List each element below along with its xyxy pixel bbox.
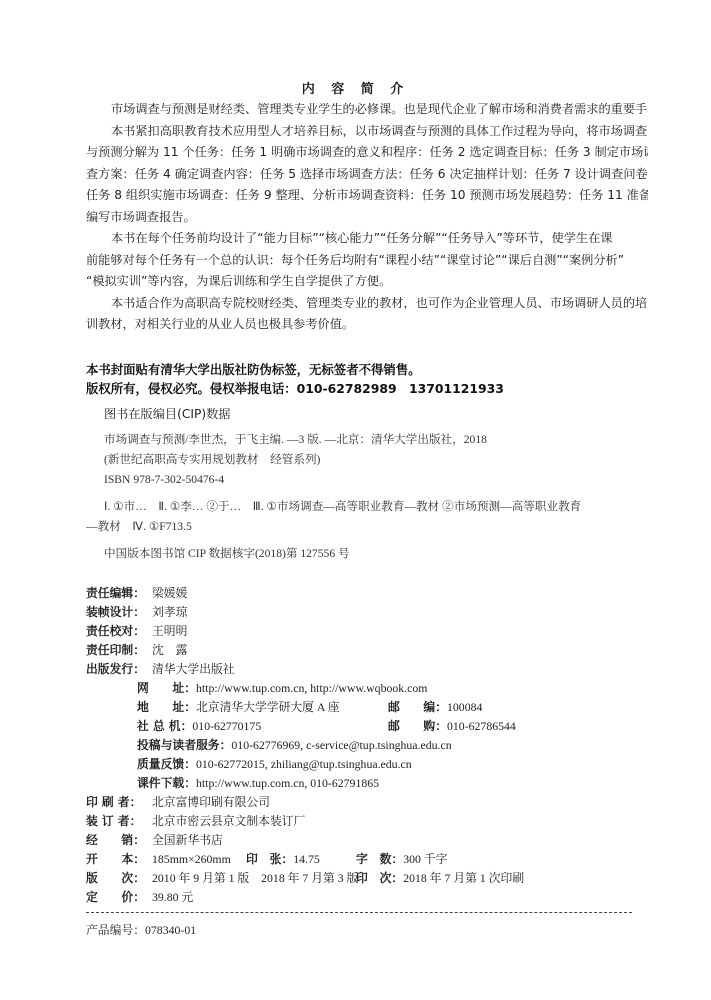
credit-edition: 版 次：2010 年 9 月第 1 版 2018 年 7 月第 3 版 xyxy=(86,869,358,889)
credit-printer: 印 刷 者：北京富博印刷有限公司 xyxy=(86,793,270,813)
publisher-postcode: 邮 编：100084 xyxy=(388,698,482,715)
sub-value: 北京清华大学学研大厦 A 座 xyxy=(196,700,340,714)
publisher-switchboard: 社 总 机：010-62770175 xyxy=(137,717,261,737)
sub-label: 邮 编： xyxy=(388,698,447,715)
credit-label: 定 价： xyxy=(86,888,152,908)
sub-label: 地 址： xyxy=(137,698,196,718)
sub-value: 010-62786544 xyxy=(447,719,516,733)
credit-label: 装帧设计： xyxy=(86,603,152,623)
credit-value: 185mm×260mm xyxy=(152,852,231,866)
product-label: 产品编号： xyxy=(86,923,145,937)
product-number: 产品编号：078340-01 xyxy=(86,921,196,938)
credit-label: 版 次： xyxy=(86,869,152,889)
credit-label: 责任印制： xyxy=(86,641,152,661)
sub-label: 字 数： xyxy=(356,850,403,867)
cip-heading: 图书在版编目(CIP)数据 xyxy=(104,405,230,422)
sub-label: 印 张： xyxy=(246,850,293,867)
credit-value: 北京富博印刷有限公司 xyxy=(152,795,270,809)
credit-label: 责任编辑： xyxy=(86,584,152,604)
publisher-feedback: 质量反馈：010-62772015, zhiliang@tup.tsinghua… xyxy=(137,755,412,775)
cip-library-number: 中国版本图书馆 CIP 数据核字(2018)第 127556 号 xyxy=(104,544,350,564)
summary-line: 本书在每个任务前均设计了“能力目标”“核心能力”“任务分解”“任务导入”等环节，… xyxy=(86,228,648,250)
cip-isbn: ISBN 978-7-302-50476-4 xyxy=(104,470,224,490)
sub-value: 010-62770175 xyxy=(192,719,261,733)
credit-label: 开 本： xyxy=(86,850,152,870)
credit-distributor: 经 销：全国新华书店 xyxy=(86,831,223,851)
credit-publisher: 出版发行：清华大学出版社 xyxy=(86,660,235,680)
summary-line: 训教材，对相关行业的从业人员也极具参考价值。 xyxy=(86,314,648,336)
credit-value: 刘孝琼 xyxy=(152,605,187,619)
credit-value: 全国新华书店 xyxy=(152,833,223,847)
summary-body: 市场调查与预测是财经类、管理类专业学生的必修课。也是现代企业了解市场和消费者需求… xyxy=(86,99,648,336)
summary-line: “模拟实训”等内容，为课后训练和学生自学提供了方便。 xyxy=(86,271,648,293)
credit-word-count: 字 数：300 千字 xyxy=(356,850,447,867)
publisher-address: 地 址：北京清华大学学研大厦 A 座 xyxy=(137,698,340,718)
credit-impression: 印 次：2018 年 7 月第 1 次印刷 xyxy=(356,869,524,886)
summary-line: 与预测分解为 11 个任务：任务 1 明确市场调查的意义和程序：任务 2 选定调… xyxy=(86,142,648,164)
summary-line: 前能够对每个任务有一个总的认识：每个任务后均附有“课程小结”“课堂讨论”“课后自… xyxy=(86,250,648,272)
summary-line: 本书适合作为高职高专院校财经类、管理类专业的教材，也可作为企业管理人员、市场调研… xyxy=(86,293,648,315)
cip-series: (新世纪高职高专实用规划教材 经管系列) xyxy=(104,450,320,470)
credit-print-supervisor: 责任印制：沈 露 xyxy=(86,641,187,661)
website-link[interactable]: http://www.tup.com.cn, http://www.wqbook… xyxy=(196,681,427,695)
credit-value: 清华大学出版社 xyxy=(152,662,235,676)
sub-value: 100084 xyxy=(447,700,482,714)
credit-value: 沈 露 xyxy=(152,643,187,657)
cip-record: 市场调查与预测/李世杰，于飞主编. —3 版. —北京：清华大学出版社，2018 xyxy=(104,430,487,450)
credit-value: 北京市密云县京文制本装订厂 xyxy=(152,814,305,828)
sub-label: 投稿与读者服务： xyxy=(137,736,231,756)
copyright-notice: 版权所有，侵权必究。侵权举报电话：010-62782989 1370112193… xyxy=(86,379,504,398)
credit-editor: 责任编辑：梁媛媛 xyxy=(86,584,187,604)
credit-sheets: 印 张：14.75 xyxy=(246,850,320,867)
credit-value: 39.80 元 xyxy=(152,890,193,904)
credit-format: 开 本：185mm×260mm xyxy=(86,850,231,870)
sub-label: 邮 购： xyxy=(388,717,447,734)
credit-designer: 装帧设计：刘孝琼 xyxy=(86,603,187,623)
summary-title: 内 容 简 介 xyxy=(0,78,711,97)
credit-value: 梁媛媛 xyxy=(152,586,187,600)
credit-proofreader: 责任校对：王明明 xyxy=(86,622,187,642)
anti-counterfeit-notice: 本书封面贴有清华大学出版社防伪标签，无标签者不得销售。 xyxy=(86,360,421,379)
cip-index-line1: Ⅰ. ①市… Ⅱ. ①李… ②于… Ⅲ. ①市场调查—高等职业教育—教材 ②市场… xyxy=(104,497,581,517)
publisher-courseware: 课件下载：http://www.tup.com.cn, 010-62791865 xyxy=(137,774,379,794)
sub-label: 网 址： xyxy=(137,679,196,699)
product-value: 078340-01 xyxy=(145,923,196,937)
sub-value: 300 千字 xyxy=(403,852,447,866)
feedback-email[interactable]: 010-62772015, zhiliang@tup.tsinghua.edu.… xyxy=(196,757,412,771)
credit-value: 2010 年 9 月第 1 版 2018 年 7 月第 3 版 xyxy=(152,871,358,885)
credit-binder: 装 订 者：北京市密云县京文制本装订厂 xyxy=(86,812,305,832)
submission-email[interactable]: 010-62776969, c-service@tup.tsinghua.edu… xyxy=(231,738,451,752)
publisher-website: 网 址：http://www.tup.com.cn, http://www.wq… xyxy=(137,679,427,699)
sub-value: 14.75 xyxy=(293,852,320,866)
cip-index-line2: —教材 Ⅳ. ①F713.5 xyxy=(86,517,192,537)
credit-label: 印 刷 者： xyxy=(86,793,152,813)
sub-label: 社 总 机： xyxy=(137,717,192,737)
publisher-submission: 投稿与读者服务：010-62776969, c-service@tup.tsin… xyxy=(137,736,452,756)
sub-label: 印 次： xyxy=(356,869,403,886)
summary-line: 查方案：任务 4 确定调查内容：任务 5 选择市场调查方法：任务 6 决定抽样计… xyxy=(86,164,648,186)
sub-label: 课件下载： xyxy=(137,774,196,794)
credit-label: 责任校对： xyxy=(86,622,152,642)
sub-label: 质量反馈： xyxy=(137,755,196,775)
dashed-divider xyxy=(86,912,632,913)
courseware-link[interactable]: http://www.tup.com.cn, 010-62791865 xyxy=(196,776,379,790)
publisher-mail-order: 邮 购：010-62786544 xyxy=(388,717,516,734)
credit-value: 王明明 xyxy=(152,624,187,638)
summary-line: 市场调查与预测是财经类、管理类专业学生的必修课。也是现代企业了解市场和消费者需求… xyxy=(86,99,648,121)
credit-label: 装 订 者： xyxy=(86,812,152,832)
credit-label: 出版发行： xyxy=(86,660,152,680)
summary-line: 任务 8 组织实施市场调查：任务 9 整理、分析市场调查资料：任务 10 预测市… xyxy=(86,185,648,207)
summary-line: 编写市场调查报告。 xyxy=(86,207,648,229)
credit-price: 定 价：39.80 元 xyxy=(86,888,193,908)
sub-value: 2018 年 7 月第 1 次印刷 xyxy=(403,871,524,885)
credit-label: 经 销： xyxy=(86,831,152,851)
summary-line: 本书紧扣高职教育技术应用型人才培养目标，以市场调查与预测的具体工作过程为导向，将… xyxy=(86,121,648,143)
